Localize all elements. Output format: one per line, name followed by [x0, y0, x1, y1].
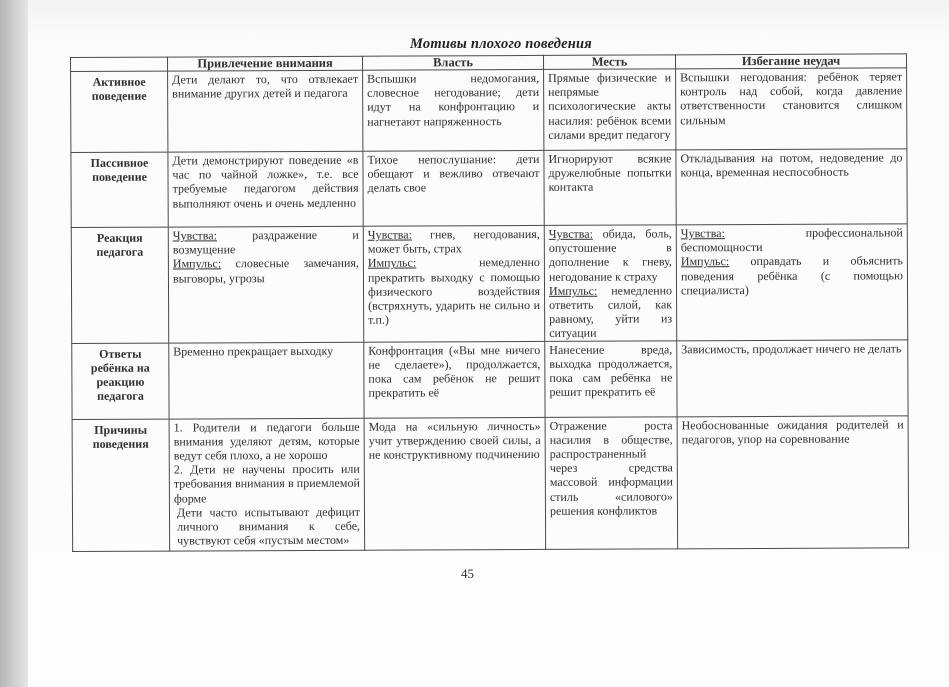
cause-item: 2. Дети не научены просить или требовани…	[174, 462, 360, 505]
impulse-label: Импульс:	[368, 256, 416, 270]
scan-edge-shadow	[0, 0, 28, 687]
row-label-active: Активное поведение	[71, 71, 168, 152]
table-cell: Чувства: гнев, негодования, может быть, …	[363, 225, 545, 341]
feelings-label: Чувства:	[549, 227, 593, 241]
table-cell: Вспышки негодования: ребёнок теряет конт…	[676, 68, 907, 150]
table-title: Мотивы плохого поведения	[410, 36, 710, 53]
impulse-label: Импульс:	[681, 255, 729, 269]
table-cell: Временно прекращает выходку	[169, 342, 364, 419]
table-cell: Дети делают то, что отвлекает внимание д…	[168, 70, 363, 152]
table-cell: Зависимость, продолжает ничего не делать	[677, 339, 908, 416]
cause-item: 1. Родители и педагоги больше внимания у…	[174, 419, 360, 462]
table-cell: Конфронтация («Вы мне ничего не сделаете…	[364, 341, 545, 418]
header-attention: Привлечение внимания	[168, 56, 363, 71]
table-cell: Тихое непослушание: дети обещают и вежли…	[363, 150, 544, 226]
row-label-causes: Причины поведения	[72, 419, 170, 551]
table-cell: Чувства: раздражение и возмущение Импуль…	[168, 226, 364, 342]
header-empty	[71, 57, 168, 71]
table-cell: Откладывания на потом, недоведение до ко…	[676, 149, 907, 225]
table-cell: 1. Родители и педагоги больше внимания у…	[169, 418, 365, 551]
table-row: Пассивное поведение Дети демонстрируют п…	[71, 149, 907, 228]
table-cell: Необоснованные ожидания родителей и педа…	[677, 415, 909, 548]
page-number: 45	[461, 566, 474, 582]
table-row: Реакция педагога Чувства: раздражение и …	[71, 224, 907, 343]
table-cell: Вспышки недомогания, словесное негодован…	[363, 69, 544, 151]
table-row: Активное поведение Дети делают то, что о…	[71, 68, 907, 153]
header-power: Власть	[362, 55, 543, 70]
header-revenge: Месть	[543, 55, 675, 70]
table-cell: Прямые физические и непрямые психологиче…	[544, 69, 676, 151]
table-cell: Нанесение вреда, выходка продолжается, п…	[545, 340, 677, 417]
table-cell: Отражение роста насилия в обществе, расп…	[545, 416, 678, 549]
table-cell: Чувства: профессиональной беспомощности …	[676, 224, 908, 341]
impulse-label: Импульс:	[549, 284, 597, 298]
motives-table: Привлечение внимания Власть Месть Избега…	[70, 53, 909, 551]
impulse-label: Импульс:	[173, 257, 221, 271]
row-label-child-response: Ответы ребёнка на реакцию педагога	[72, 343, 169, 419]
row-label-passive: Пассивное поведение	[71, 152, 168, 227]
table-cell: Дети демонстрируют поведение «в час по ч…	[168, 151, 363, 227]
feelings-label: Чувства:	[681, 226, 725, 240]
header-failure-avoidance: Избегание неудач	[675, 54, 906, 69]
table-row: Причины поведения 1. Родители и педагоги…	[72, 415, 909, 551]
row-label-teacher-reaction: Реакция педагога	[71, 227, 169, 343]
feelings-label: Чувства:	[173, 228, 217, 242]
cause-item: Дети часто испытывают дефицит личного вн…	[174, 505, 360, 548]
table-row: Ответы ребёнка на реакцию педагога Време…	[72, 339, 908, 419]
table-cell: Мода на «сильную личность» учит утвержде…	[364, 417, 546, 550]
feelings-label: Чувства:	[368, 228, 412, 242]
table-cell: Игнорируют всякие дружелюбные попытки ко…	[544, 150, 676, 226]
table-cell: Чувства: обида, боль, опустошение в допо…	[544, 225, 677, 341]
document-page: Мотивы плохого поведения Привлечение вни…	[28, 0, 949, 687]
